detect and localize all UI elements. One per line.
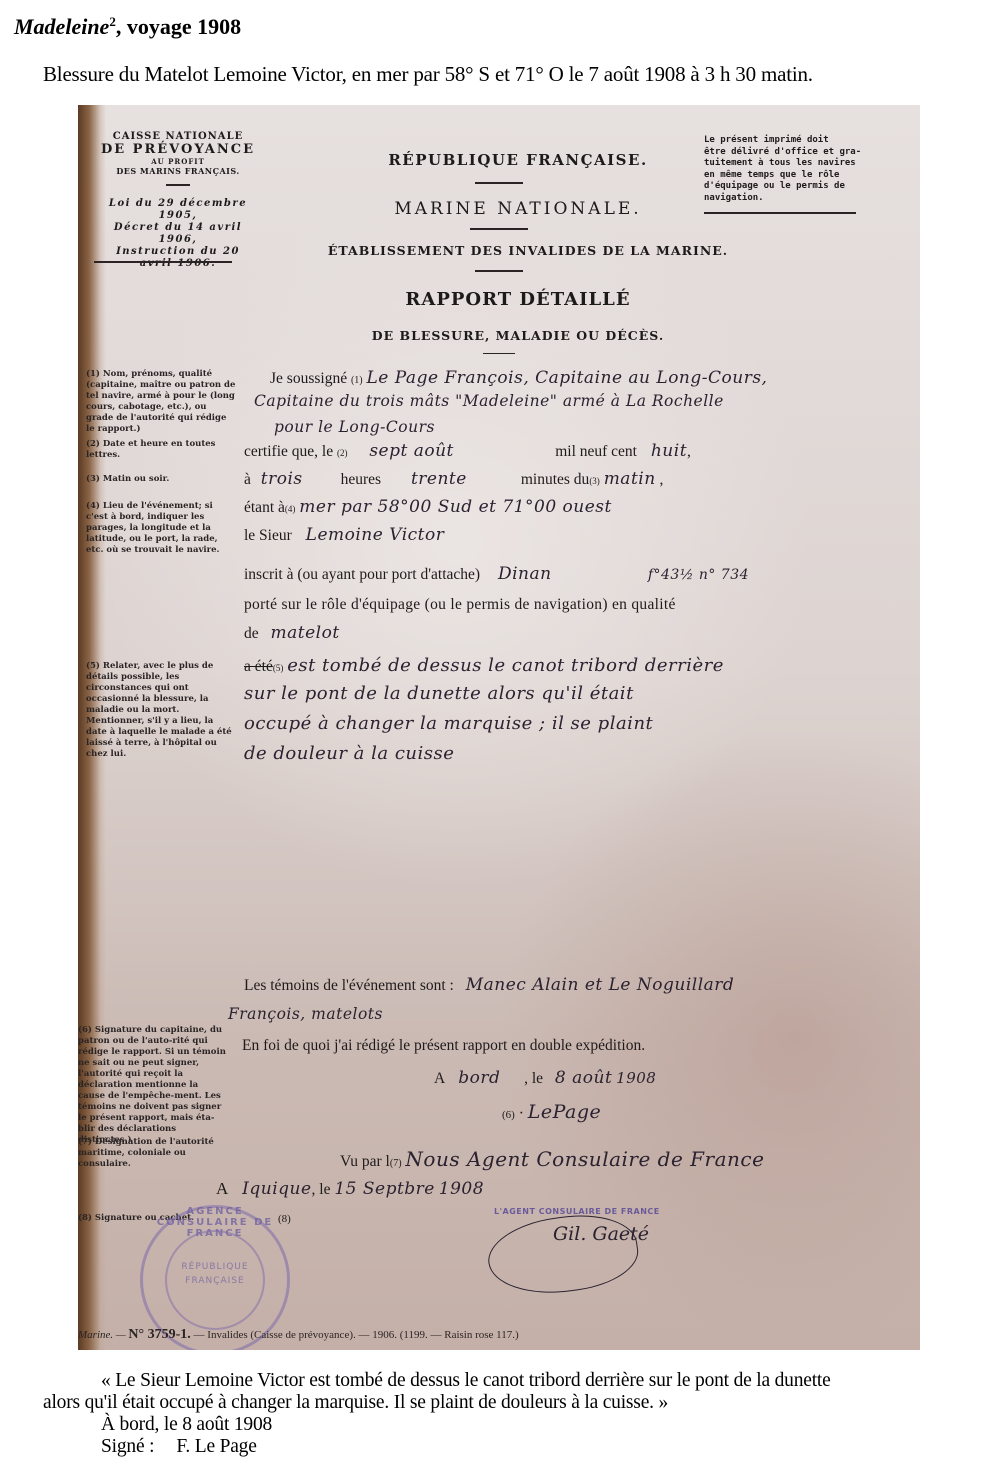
caisse-block: CAISSE NATIONALE DE PRÉVOYANCE AU PROFIT…	[98, 131, 258, 270]
vu-value: Nous Agent Consulaire de France	[405, 1147, 764, 1171]
minutes-label: minutes du	[521, 471, 589, 488]
notice-line: d'équipage ou le permis de	[704, 181, 890, 193]
margin-note-4: (4) Lieu de l'événement; si c'est à bord…	[86, 501, 236, 556]
vu-place-value: Iquique	[232, 1179, 311, 1199]
stamp-center-line: FRANÇAISE	[143, 1274, 287, 1288]
quote-line: « Le Sieur Lemoine Victor est tombé de d…	[43, 1370, 963, 1392]
event-row: a été(5) est tombé de dessus le canot tr…	[244, 655, 724, 676]
qualite-row: de matelot	[244, 623, 340, 643]
a-bord-row: A bord , le 8 août 1908	[434, 1068, 656, 1088]
place-row: étant à(4) mer par 58°00 Sud et 71°00 ou…	[244, 497, 612, 517]
margin-note-1: (1) Nom, prénoms, qualité (capitaine, ma…	[86, 369, 236, 435]
margin-note-2: (2) Date et heure en toutes lettres.	[86, 439, 236, 461]
divider	[475, 270, 523, 272]
sieur-row: le Sieur Lemoine Victor	[244, 525, 444, 545]
inscrit-row: inscrit à (ou ayant pour port d'attache)…	[244, 564, 749, 584]
soussigne-value: Le Page François, Capitaine au Long-Cour…	[367, 368, 768, 388]
vu-label: Vu par l	[340, 1153, 390, 1170]
ref-marker: (7)	[390, 1158, 402, 1169]
minute-value: trente	[385, 469, 517, 489]
inscrit-label: inscrit à (ou ayant pour port d'attache)	[244, 566, 480, 583]
foi-statement: En foi de quoi j'ai rédigé le présent ra…	[242, 1037, 645, 1055]
printed-notice: Le présent imprimé doit être délivré d'o…	[704, 135, 890, 204]
ref-marker: (2)	[337, 448, 348, 458]
event-line: sur le pont de la dunette alors qu'il ét…	[244, 683, 634, 704]
hour-value: trois	[255, 469, 337, 489]
vu-row: Vu par l(7) Nous Agent Consulaire de Fra…	[340, 1147, 764, 1171]
a-label: A	[434, 1070, 444, 1087]
footer-rest: — Invalides (Caisse de prévoyance). — 19…	[194, 1329, 519, 1341]
divider	[94, 261, 232, 263]
soussigne-label: Je soussigné	[270, 370, 347, 387]
quote-line: alors qu'il était occupé à changer la ma…	[43, 1392, 963, 1414]
document-caption: Blessure du Matelot Lemoine Victor, en m…	[43, 62, 813, 87]
divider	[166, 184, 190, 186]
ship-name: Madeleine	[14, 14, 109, 39]
transcription: « Le Sieur Lemoine Victor est tombé de d…	[43, 1370, 963, 1458]
signed-label: Signé :	[101, 1436, 154, 1457]
ref-marker: (1)	[351, 375, 363, 386]
law-line: Instruction du 20 avril 1906.	[98, 246, 258, 270]
stamp-center-line: RÉPUBLIQUE	[143, 1260, 287, 1274]
notice-line: Le présent imprimé doit	[704, 135, 890, 147]
mil-label: mil neuf cent	[555, 443, 637, 460]
captain-signature-row: (6) · LePage	[502, 1101, 601, 1123]
event-line: de douleur à la cuisse	[244, 743, 454, 764]
marine-title: MARINE NATIONALE.	[278, 199, 758, 219]
signature-flourish	[484, 1207, 643, 1302]
signed-date-value: 8 août	[547, 1068, 612, 1088]
soussigne-value-line3: pour le Long-Cours	[274, 418, 435, 436]
soussigne-row: Je soussigné (1) Le Page François, Capit…	[270, 368, 767, 388]
signed-name: F. Le Page	[176, 1436, 256, 1457]
qualite-value: matelot	[263, 623, 340, 643]
porte-label: porté sur le rôle d'équipage (ou le perm…	[244, 596, 676, 614]
law-line: Décret du 14 avril 1906,	[98, 222, 258, 246]
etablissement-title: ÉTABLISSEMENT DES INVALIDES DE LA MARINE…	[298, 243, 758, 258]
temoins-value-line2: François, matelots	[228, 1005, 383, 1023]
law-line: Loi du 29 décembre 1905,	[98, 198, 258, 222]
soussigne-value-line2: Capitaine du trois mâts "Madeleine" armé…	[254, 392, 724, 410]
republique-title: RÉPUBLIQUE FRANÇAISE.	[278, 151, 758, 169]
date-row: certifie que, le (2) sept août mil neuf …	[244, 441, 691, 461]
sieur-label: le Sieur	[244, 527, 292, 544]
document-photo: CAISSE NATIONALE DE PRÉVOYANCE AU PROFIT…	[78, 105, 920, 1350]
divider	[483, 353, 515, 354]
port-value: Dinan	[484, 564, 644, 584]
signature-line: Signé :F. Le Page	[43, 1436, 963, 1458]
margin-note-3: (3) Matin ou soir.	[86, 474, 236, 485]
laws-block: Loi du 29 décembre 1905, Décret du 14 av…	[98, 198, 258, 270]
time-row: à trois heures trente minutes du(3) mati…	[244, 469, 663, 489]
margin-note-7: (7) Désignation de l'autorité maritime, …	[78, 1137, 228, 1170]
date-value: sept août	[351, 441, 551, 461]
heures-label: heures	[341, 471, 381, 488]
period-value: matin	[604, 469, 656, 489]
agent-signature: Gil. Gaeté	[553, 1223, 649, 1245]
vu-year: 1908	[439, 1179, 484, 1199]
footer-prefix: Marine. —	[78, 1329, 126, 1341]
ref-marker: (6)	[502, 1109, 515, 1121]
a-label: à	[244, 471, 251, 488]
voyage-label: , voyage 1908	[116, 14, 241, 39]
ref-marker: (3)	[589, 476, 600, 486]
captain-signature: LePage	[528, 1101, 602, 1123]
rapport-title: RAPPORT DÉTAILLÉ	[278, 289, 758, 310]
caisse-line4: DES MARINS FRANÇAIS.	[98, 166, 258, 176]
folio-value: f°43½ n° 734	[648, 567, 749, 583]
sieur-value: Lemoine Victor	[296, 525, 445, 545]
rapport-subtitle: DE BLESSURE, MALADIE OU DÉCÈS.	[278, 328, 758, 343]
temoins-value: Manec Alain et Le Noguillard	[458, 975, 735, 995]
le-label: , le	[524, 1070, 543, 1087]
stamp-center: RÉPUBLIQUE FRANÇAISE	[143, 1260, 287, 1288]
year-value: huit	[641, 441, 687, 461]
vu-date-value: 15 Septbre	[334, 1179, 435, 1199]
ref-marker: (4)	[285, 504, 296, 514]
ref-marker: (5)	[273, 663, 284, 673]
temoins-row: Les témoins de l'événement sont : Manec …	[244, 975, 734, 995]
event-line: est tombé de dessus le canot tribord der…	[287, 655, 724, 676]
certifie-label: certifie que, le	[244, 443, 333, 460]
place-value: mer par 58°00 Sud et 71°00 ouest	[299, 497, 612, 517]
place-date: À bord, le 8 août 1908	[43, 1414, 963, 1436]
de-label: de	[244, 625, 259, 642]
ete-label: a été	[244, 658, 273, 675]
page-title: Madeleine2, voyage 1908	[14, 14, 241, 40]
divider	[470, 228, 528, 230]
signed-year: 1908	[616, 1069, 656, 1087]
footer-number: N° 3759-1.	[128, 1327, 190, 1342]
caisse-line3: AU PROFIT	[98, 157, 258, 166]
temoins-label: Les témoins de l'événement sont :	[244, 977, 454, 994]
notice-line: en même temps que le rôle	[704, 170, 890, 182]
event-line: occupé à changer la marquise ; il se pla…	[244, 713, 653, 734]
printer-footer: Marine. — N° 3759-1. — Invalides (Caisse…	[78, 1327, 519, 1343]
a-bord-value: bord	[448, 1068, 520, 1088]
a-label: A	[216, 1179, 228, 1198]
vu-place-row: A Iquique, le 15 Septbre 1908	[216, 1179, 484, 1199]
margin-note-5: (5) Relater, avec le plus de détails pos…	[86, 661, 236, 760]
caisse-line1: CAISSE NATIONALE	[98, 131, 258, 142]
margin-note-6: (6) Signature du capitaine, du patron ou…	[78, 1025, 228, 1146]
divider	[475, 182, 523, 184]
etant-label: étant à	[244, 499, 285, 516]
caisse-line2: DE PRÉVOYANCE	[98, 142, 258, 157]
